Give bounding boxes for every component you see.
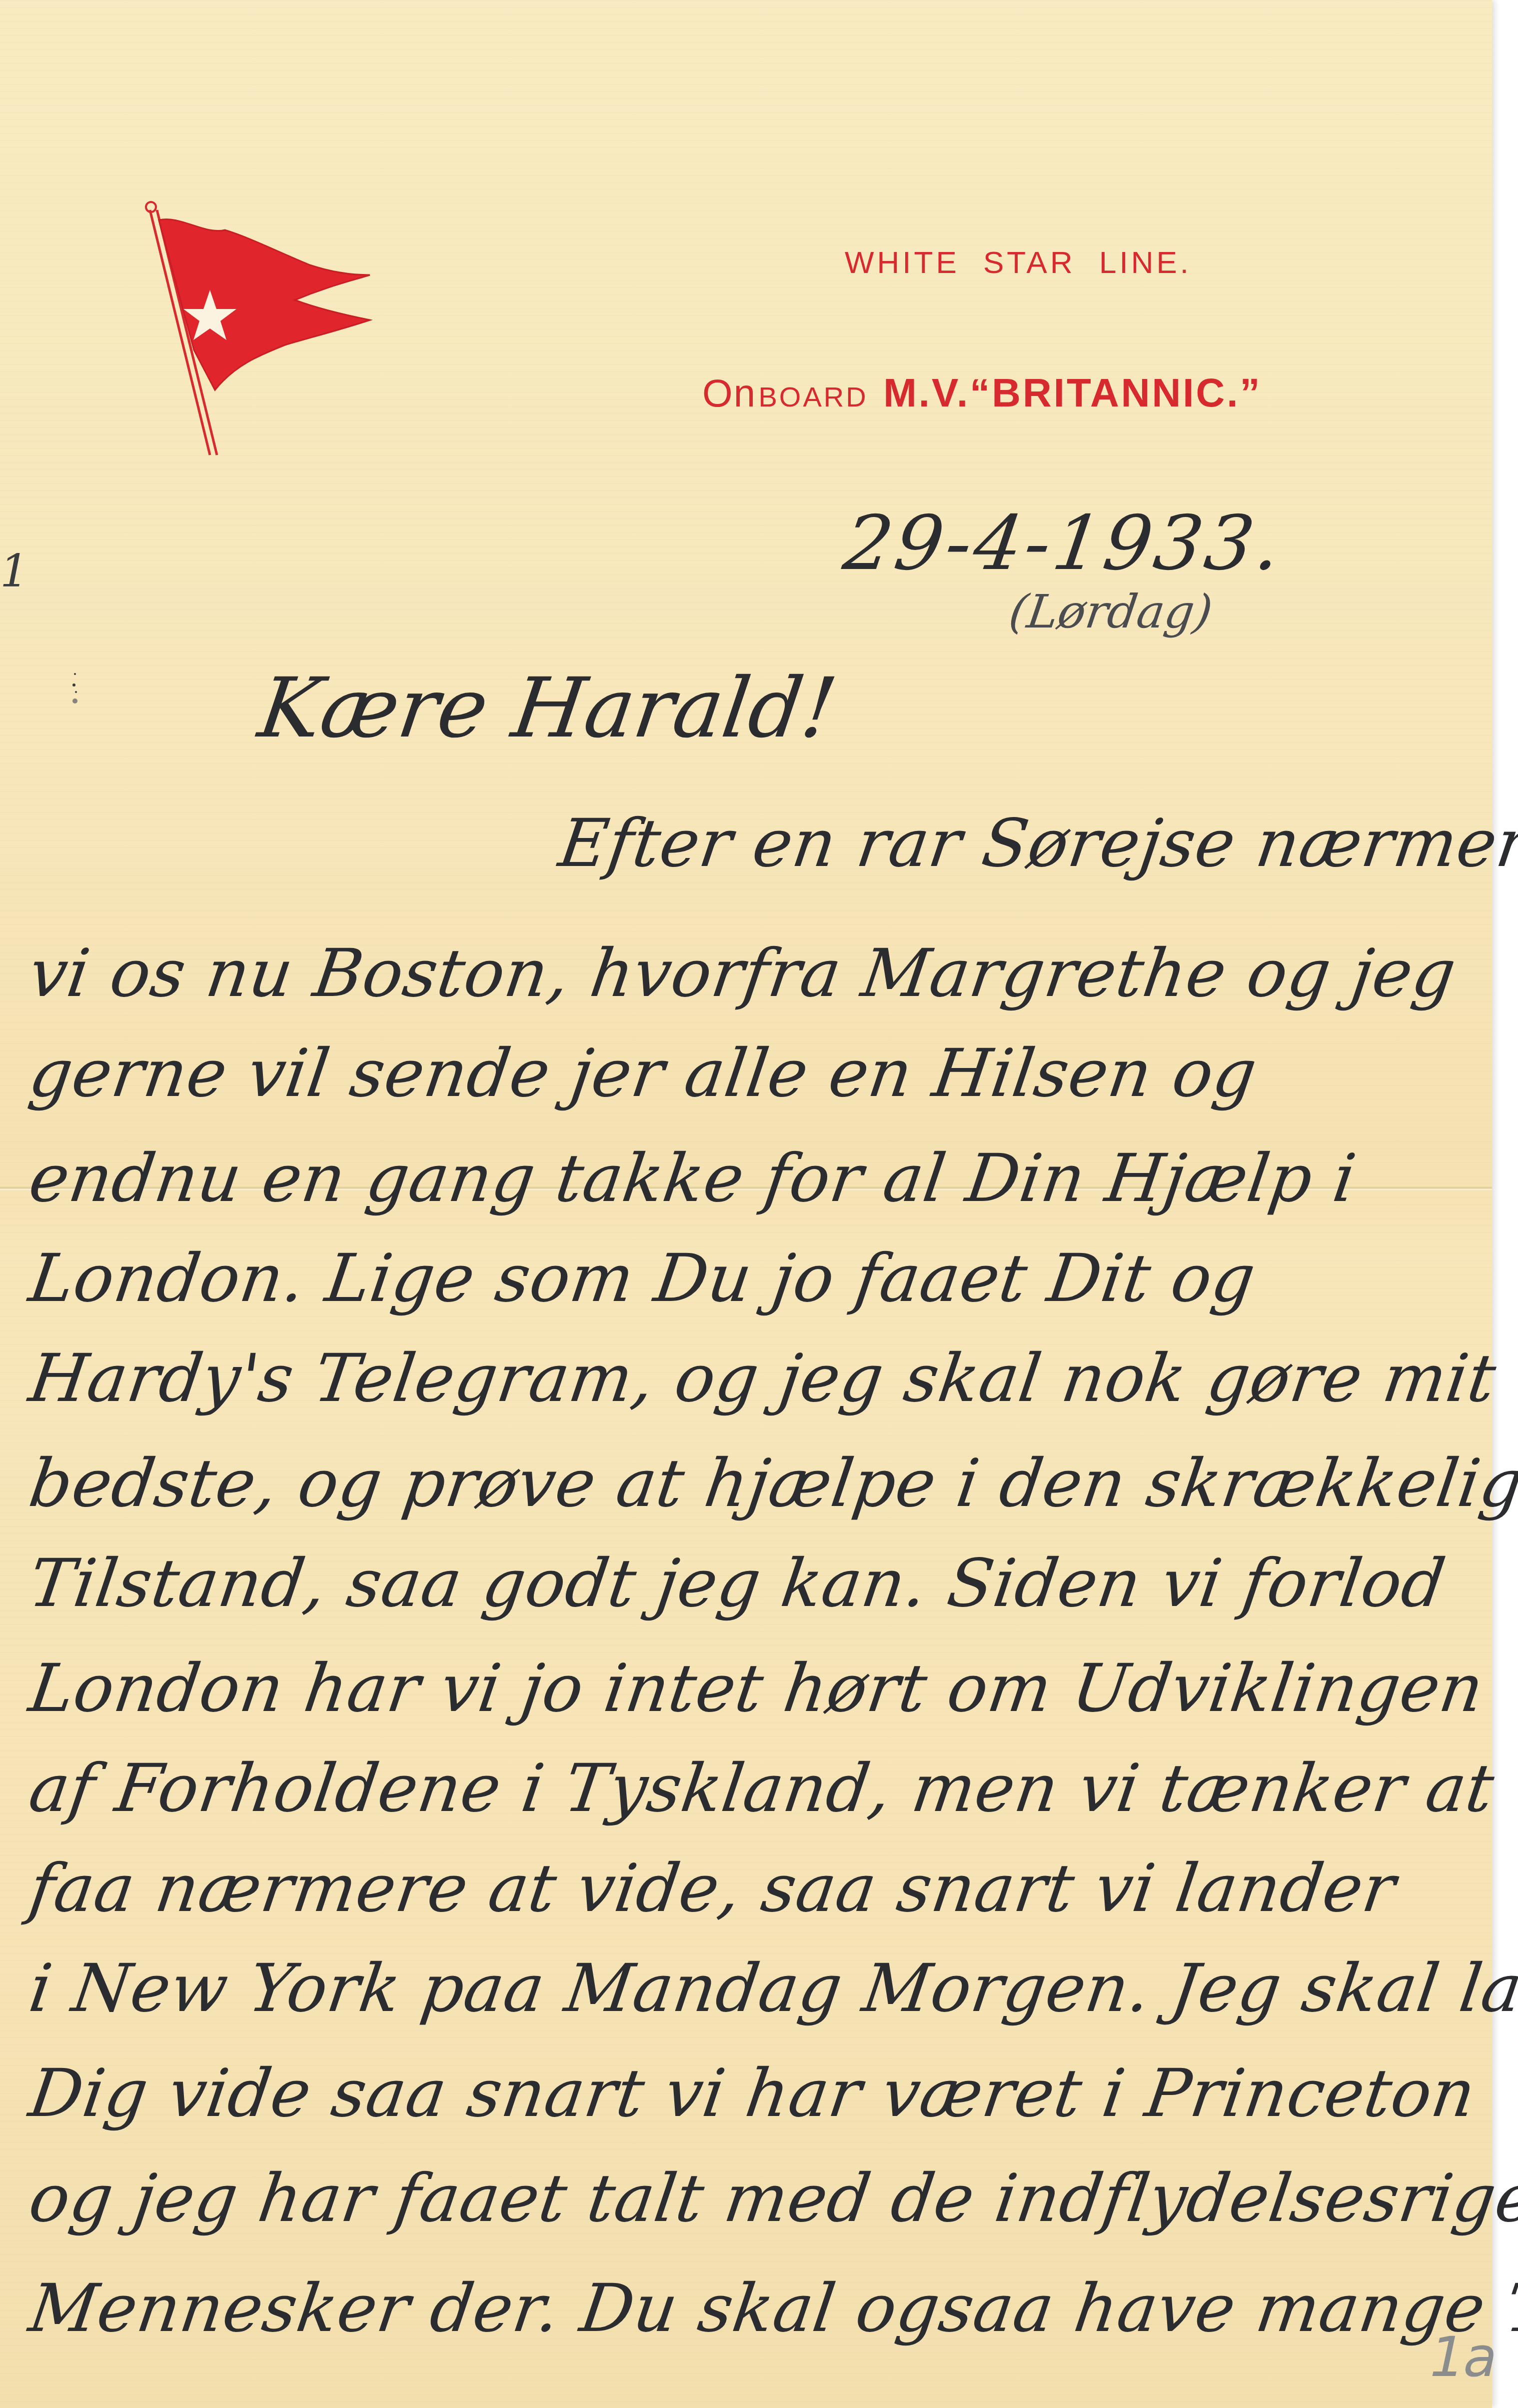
body-line: faa nærmere at vide, saa snart vi lander xyxy=(24,1850,1401,1927)
body-line: af Forholdene i Tyskland, men vi tænker … xyxy=(24,1750,1518,1827)
margin-mark: 1 xyxy=(0,545,20,600)
company-name: WHITE STAR LINE. xyxy=(845,245,1192,280)
page-number: 1a xyxy=(1423,2325,1505,2389)
body-line: i New York paa Mandag Morgen. Jeg skal l… xyxy=(24,1950,1518,2027)
salutation: Kære Harald! xyxy=(253,660,843,756)
body-line: endnu en gang takke for al Din Hjælp i xyxy=(24,1140,1361,1217)
body-line: Dig vide saa snart vi har været i Prince… xyxy=(24,2055,1480,2132)
body-line: Tilstand, saa godt jeg kan. Siden vi for… xyxy=(24,1545,1450,1622)
body-line: vi os nu Boston, hvorfra Margrethe og je… xyxy=(24,935,1461,1012)
body-line: bedste, og prøve at hjælpe i den skrække… xyxy=(24,1445,1518,1522)
body-line: og jeg har faaet talt med de indflydelse… xyxy=(24,2160,1518,2237)
body-line: Mennesker der. Du skal ogsaa have mange … xyxy=(24,2270,1518,2347)
ship-name: M.V.“BRITANNIC.” xyxy=(883,370,1262,415)
body-line: gerne vil sende jer alle en Hilsen og xyxy=(24,1035,1262,1112)
white-star-flag-icon xyxy=(135,200,455,460)
board-label: BOARD xyxy=(759,381,868,412)
letter-date: 29-4-1933. xyxy=(839,500,1290,587)
body-line: London har vi jo intet hørt om Udvikling… xyxy=(24,1650,1489,1727)
on-label: On xyxy=(702,371,756,415)
body-line: Efter en rar Sørejse nærmer xyxy=(554,805,1518,882)
letter-weekday: (Lørdag) xyxy=(1006,585,1216,638)
ink-spots xyxy=(60,670,90,710)
ship-name-line: On BOARD M.V.“BRITANNIC.” xyxy=(702,370,1262,416)
letter-page: WHITE STAR LINE. On BOARD M.V.“BRITANNIC… xyxy=(0,0,1492,2408)
body-line: Hardy's Telegram, og jeg skal nok gøre m… xyxy=(24,1340,1501,1417)
body-line: London. Lige som Du jo faaet Dit og xyxy=(24,1240,1260,1317)
